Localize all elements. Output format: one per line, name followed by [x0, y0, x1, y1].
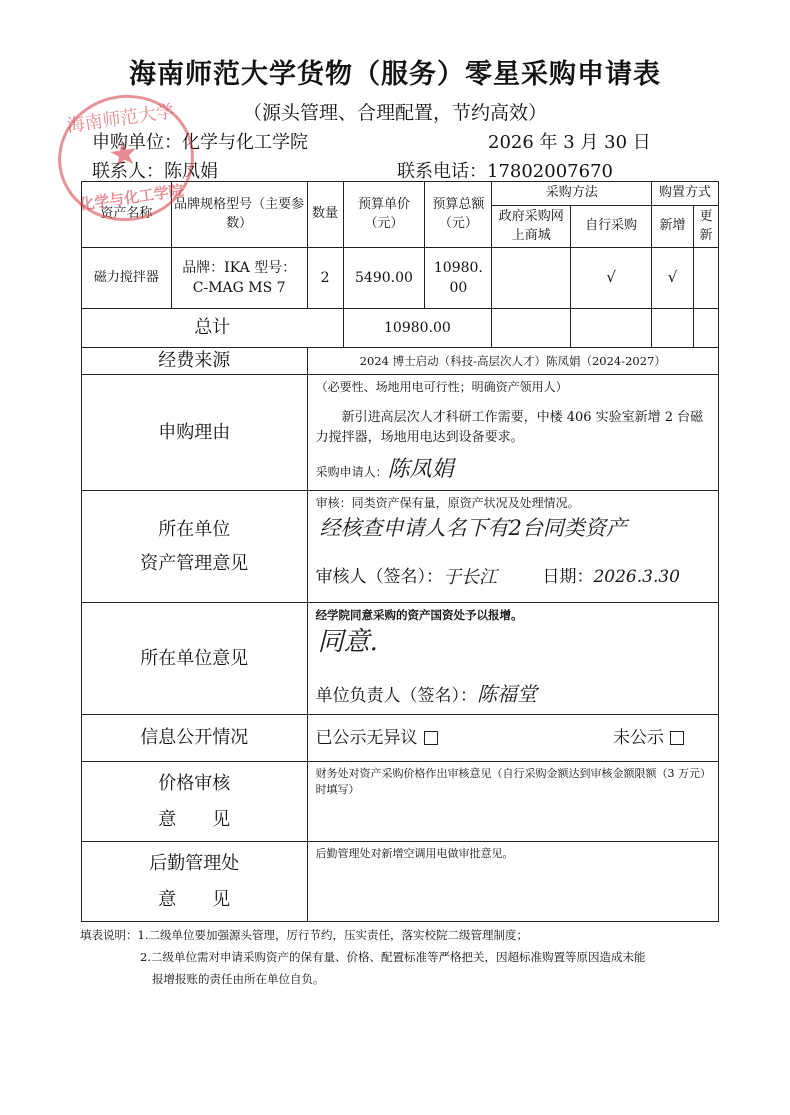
form-title: 海南师范大学货物（服务）零星采购申请表: [0, 52, 790, 91]
reason-hint: （必要性、场地用电可行性；明确资产领用人）: [316, 379, 710, 396]
phone-label: 联系电话：: [397, 161, 487, 182]
reason-text: 新引进高层次人才科研工作需要，中楼 406 实验室新增 2 台磁力搅拌器，场地用…: [316, 408, 710, 448]
funding-label: 经费来源: [82, 348, 308, 375]
asset-mgmt-label: 所在单位 资产管理意见: [82, 491, 308, 603]
disclosure-option-published[interactable]: 已公示无异议: [316, 728, 438, 748]
applicant-signature: 陈凤娟: [388, 457, 454, 482]
total-value: 10980.00: [343, 309, 492, 348]
note-line-2: 2.二级单位需对申请采购资产的保有量、价格、配置标准等严格把关，因超标准购置等原…: [80, 946, 720, 968]
logistics-label-line2: 意 见: [82, 887, 307, 913]
reviewer-label: 审核人（签名）：: [316, 565, 444, 591]
review-date: 2026.3.30: [593, 567, 680, 587]
unit-opinion-handwritten: 同意.: [318, 624, 710, 662]
asset-mgmt-label-line1: 所在单位: [82, 517, 307, 543]
contact-person: 联系人：陈凤娟: [92, 157, 218, 183]
reason-label: 申购理由: [82, 375, 308, 491]
form-notes: 填表说明：1.二级单位要加强源头管理，厉行节约，压实责任，落实校院二级管理制度；…: [80, 924, 720, 990]
cell-quantity: 2: [307, 248, 343, 309]
header-total: 预算总额（元）: [425, 182, 492, 248]
unit-opinion-cell: 经学院同意采购的资产国资处予以报增。 同意. 单位负责人（签名）：陈福堂: [307, 603, 718, 715]
logistics-label: 后勤管理处 意 见: [82, 842, 308, 922]
phone-value: 17802007670: [487, 161, 613, 182]
applicant-unit-value: 化学与化工学院: [182, 132, 308, 153]
note-line-3: 报增报账的责任由所在单位自负。: [80, 968, 720, 990]
table-row: 磁力搅拌器 品牌：IKA 型号：C-MAG MS 7 2 5490.00 109…: [82, 248, 719, 309]
published-label: 已公示无异议: [316, 728, 418, 748]
asset-mgmt-handwritten: 经核查申请人名下有2台同类资产: [320, 513, 710, 543]
applicant-unit: 申购单位：化学与化工学院: [92, 128, 308, 154]
header-new: 新增: [652, 206, 694, 248]
funding-value: 2024 博士启动（科技-高层次人才）陈凤娟（2024-2027）: [307, 348, 718, 375]
empty-cell: [571, 309, 652, 348]
header-asset-name: 资产名称: [82, 182, 172, 248]
empty-cell: [652, 309, 694, 348]
header-quantity: 数量: [307, 182, 343, 248]
total-label: 总计: [82, 309, 344, 348]
note-line-1: 填表说明：1.二级单位要加强源头管理，厉行节约，压实责任，落实校院二级管理制度；: [80, 924, 720, 946]
asset-mgmt-hint: 审核：同类资产保有量，原资产状况及处理情况。: [316, 495, 710, 512]
header-acquisition-type: 购置方式: [652, 182, 719, 206]
form-date: 2026 年 3 月 30 日: [488, 128, 651, 154]
disclosure-option-unpublished[interactable]: 未公示: [613, 728, 684, 748]
unpublished-label: 未公示: [613, 728, 664, 748]
header-unit-price: 预算单价（元）: [343, 182, 425, 248]
header-self-purchase: 自行采购: [571, 206, 652, 248]
disclosure-cell: 已公示无异议 未公示: [307, 715, 718, 762]
procurement-table: 资产名称 品牌规格型号（主要参数） 数量 预算单价（元） 预算总额（元） 采购方…: [81, 181, 719, 922]
cell-unit-price: 5490.00: [343, 248, 425, 309]
cell-gov-mall: [492, 248, 571, 309]
reason-cell: （必要性、场地用电可行性；明确资产领用人） 新引进高层次人才科研工作需要，中楼 …: [307, 375, 718, 491]
price-review-label: 价格审核 意 见: [82, 762, 308, 842]
asset-mgmt-label-line2: 资产管理意见: [82, 551, 307, 577]
cell-renew: [693, 248, 718, 309]
header-purchase-method: 采购方法: [492, 182, 652, 206]
logistics-hint: 后勤管理处对新增空调用电做审批意见。: [307, 842, 718, 922]
cell-asset-name: 磁力搅拌器: [82, 248, 172, 309]
contact-value: 陈凤娟: [164, 161, 218, 182]
unit-opinion-hint: 经学院同意采购的资产国资处予以报增。: [316, 607, 710, 624]
price-review-hint: 财务处对资产采购价格作出审核意见（自行采购金额达到审核金额限额（3 万元）时填写…: [307, 762, 718, 842]
empty-cell: [492, 309, 571, 348]
review-date-label: 日期：: [542, 567, 593, 587]
unpublished-checkbox[interactable]: [670, 731, 684, 745]
applicant-unit-label: 申购单位：: [92, 132, 182, 153]
disclosure-label: 信息公开情况: [82, 715, 308, 762]
header-brand-spec: 品牌规格型号（主要参数）: [171, 182, 307, 248]
empty-cell: [693, 309, 718, 348]
unit-head-label: 单位负责人（签名）：: [316, 686, 478, 706]
logistics-label-line1: 后勤管理处: [82, 851, 307, 877]
asset-mgmt-cell: 审核：同类资产保有量，原资产状况及处理情况。 经核查申请人名下有2台同类资产 审…: [307, 491, 718, 603]
published-checkbox[interactable]: [424, 731, 438, 745]
applicant-sign-label: 采购申请人：: [316, 465, 388, 479]
price-review-label-line1: 价格审核: [82, 771, 307, 797]
cell-brand-spec: 品牌：IKA 型号：C-MAG MS 7: [171, 248, 307, 309]
cell-total: 10980.00: [425, 248, 492, 309]
unit-head-signature: 陈福堂: [477, 682, 537, 706]
header-renew: 更新: [693, 206, 718, 248]
reviewer-signature: 于长江: [443, 565, 497, 591]
cell-new-check: √: [652, 248, 694, 309]
contact-phone: 联系电话：17802007670: [397, 157, 613, 183]
form-subtitle: （源头管理、合理配置，节约高效）: [0, 98, 790, 125]
contact-label: 联系人：: [92, 161, 164, 182]
cell-self-purchase-check: √: [571, 248, 652, 309]
price-review-label-line2: 意 见: [82, 807, 307, 833]
header-gov-mall: 政府采购网上商城: [492, 206, 571, 248]
unit-opinion-label: 所在单位意见: [82, 603, 308, 715]
